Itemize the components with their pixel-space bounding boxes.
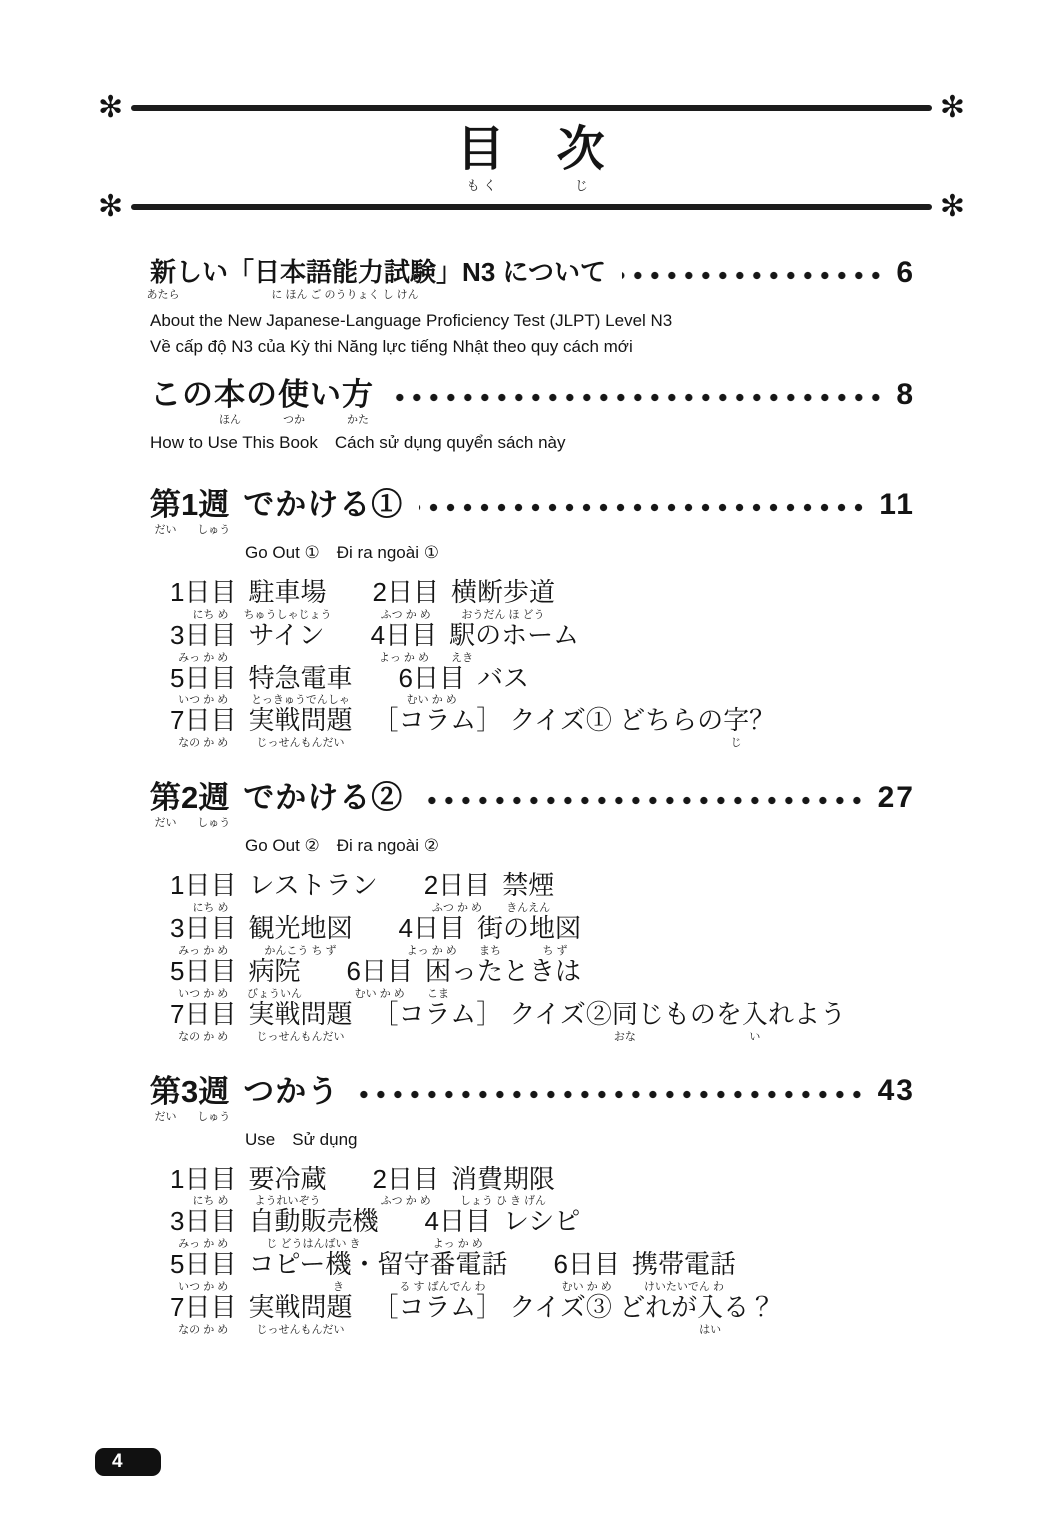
base-text: 7日目 — [170, 999, 236, 1029]
entry-page-number: 27 — [878, 780, 915, 816]
week-title: でかける① — [243, 486, 403, 523]
text-segment: 携帯電話けいたいでん わ — [632, 1250, 736, 1280]
text-segment: 5日目いつ か め — [170, 957, 236, 987]
base-text: 週 — [198, 487, 229, 522]
day-item: 3日目みっ か め観光地図かんこう ち ず — [170, 914, 352, 944]
day-title: 実戦問題じっせんもんだい — [248, 1293, 352, 1323]
furigana: じ — [731, 738, 742, 749]
horizontal-rule — [131, 105, 932, 111]
text-segment: 6日目むい か め — [553, 1250, 619, 1280]
furigana: じっせんもんだい — [256, 1032, 344, 1043]
day-label: 4日目よっ か め — [424, 1207, 490, 1237]
text-segment: この — [150, 376, 214, 413]
day-item: 1日目にち めレストラン — [170, 871, 378, 901]
text-segment: 駐車場ちゅうしゃじょう — [248, 578, 326, 608]
base-text: 6日目 — [346, 956, 412, 986]
day-label: 1日目にち め — [170, 871, 236, 901]
text-segment: 自動販売機じ どうはんばい き — [248, 1207, 378, 1237]
day-item: 6日目むい か め困こまったときは — [346, 957, 581, 987]
text-segment: 6日目むい か め — [346, 957, 412, 987]
asterisk-ornament-icon: ✻ — [940, 192, 965, 222]
text-segment: 観光地図かんこう ち ず — [248, 914, 352, 944]
asterisk-ornament-icon: ✻ — [98, 93, 123, 123]
text-segment: ったときは — [451, 957, 581, 987]
text-segment: 留守番電話る す ばんでん わ — [377, 1250, 507, 1280]
base-text: 2日目 — [373, 577, 439, 607]
base-text: 使 — [278, 377, 310, 412]
day-item: 6日目むい か め携帯電話けいたいでん わ — [553, 1250, 735, 1280]
base-text: 5日目 — [170, 1249, 236, 1279]
text-segment: 2 — [181, 779, 198, 816]
day-label: 4日目よっ か め — [398, 914, 464, 944]
base-text: 駅 — [449, 620, 475, 650]
day-item: 3日目みっ か め自動販売機じ どうはんばい き — [170, 1207, 378, 1237]
day-title: レシピ — [503, 1207, 580, 1237]
text-segment: しい「 — [176, 257, 254, 288]
text-segment: じものを — [638, 1000, 742, 1030]
furigana: ほん — [219, 415, 241, 426]
day-label: 4日目よっ か め — [371, 621, 437, 651]
text-segment: 7日目なの か め — [170, 706, 236, 736]
base-text: 消費期限 — [451, 1164, 555, 1194]
text-segment: 3日目みっ か め — [170, 621, 236, 651]
page-title-row: 目も く 次じ — [98, 124, 965, 191]
text-segment: 4日目よっ か め — [371, 621, 437, 651]
furigana: だい — [155, 818, 177, 829]
day-title: 禁煙きんえん — [502, 871, 554, 901]
day-item: 2日目ふつ か め横断歩道おうだん ほ どう — [373, 578, 555, 608]
day-item: 7日目なの か め実戦問題じっせんもんだい — [170, 1293, 352, 1323]
base-text: ・ — [351, 1249, 377, 1279]
day-label: 7日目なの か め — [170, 1293, 236, 1323]
day-row: 3日目みっ か めサイン4日目よっ か め駅えきのホーム — [170, 621, 915, 664]
week-label: 第だい2週しゅう — [150, 779, 229, 816]
base-text: 日目 — [184, 577, 236, 607]
toc-week-entry: 第だい1週しゅうでかける①11Go Out ① Đi ra ngoài ①1日目… — [150, 486, 915, 749]
furigana: に ほん ご のうりょく し けん — [271, 290, 418, 301]
base-text: 自動販売機 — [248, 1206, 378, 1236]
dot-leader — [355, 1090, 865, 1099]
furigana: しゅう — [197, 525, 230, 536]
text-segment: 駅えき — [449, 621, 475, 651]
day-title: 困こまったときは — [425, 957, 581, 987]
text-segment: 要冷蔵ようれいぞう — [248, 1165, 326, 1195]
base-text: 禁煙 — [502, 870, 554, 900]
base-text: ［コラム］ クイズ① どちらの — [372, 705, 723, 735]
text-segment: でかける① — [243, 486, 403, 523]
furigana: しゅう — [197, 818, 230, 829]
furigana: かた — [347, 415, 369, 426]
day-label: 6日目むい か め — [553, 1250, 619, 1280]
base-text: 1 — [170, 1164, 184, 1194]
toc-entries: 新あたらしい「日本語能力試験に ほん ご のうりょく し けん」N3 について6… — [0, 223, 1063, 1336]
day-item: 5日目いつ か めコピー機き・留守番電話る す ばんでん わ — [170, 1250, 507, 1280]
day-title: 携帯電話けいたいでん わ — [632, 1250, 736, 1280]
dot-leader — [390, 393, 884, 402]
day-label: 6日目むい か め — [346, 957, 412, 987]
text-segment: 第だい — [150, 779, 181, 816]
day-item: ［コラム］ クイズ③ どれが入はいる？ — [372, 1293, 775, 1323]
furigana: だい — [155, 1112, 177, 1123]
entry-subtitle: How to Use This Book Cách sử dụng quyển … — [150, 431, 915, 456]
text-segment: コピー — [248, 1250, 325, 1280]
day-label: 6日目むい か め — [398, 664, 464, 694]
base-text: 字 — [723, 705, 749, 735]
text-segment: い — [310, 376, 342, 413]
text-segment: 禁煙きんえん — [502, 871, 554, 901]
day-title: 実戦問題じっせんもんだい — [248, 1000, 352, 1030]
base-text: 留守番電話 — [377, 1249, 507, 1279]
text-segment: の — [503, 914, 529, 944]
day-item: 7日目なの か め実戦問題じっせんもんだい — [170, 706, 352, 736]
day-row: 7日目なの か め実戦問題じっせんもんだい［コラム］ クイズ③ どれが入はいる？ — [170, 1293, 915, 1336]
text-segment: 字じ — [723, 706, 749, 736]
base-text: 困 — [425, 956, 451, 986]
week-title-line: 第だい1週しゅうでかける①11 — [150, 486, 915, 539]
text-segment: 4日目よっ か め — [424, 1207, 490, 1237]
text-segment: 3 — [181, 1073, 198, 1110]
base-text: 横断歩道 — [451, 577, 555, 607]
dot-leader — [419, 796, 865, 805]
day-item: 7日目なの か め実戦問題じっせんもんだい — [170, 1000, 352, 1030]
week-subtitle: Go Out ① Đi ra ngoài ① — [245, 541, 915, 566]
day-title: 駅えきのホーム — [449, 621, 579, 651]
day-title: 消費期限しょう ひ き げん — [451, 1165, 555, 1195]
day-row: 7日目なの か め実戦問題じっせんもんだい［コラム］ クイズ② 同おなじものを入… — [170, 1000, 915, 1043]
toc-week-entry: 第だい3週しゅうつかう43Use Sử dụng1日目にち め要冷蔵ようれいぞう… — [150, 1073, 915, 1336]
text-segment: 方かた — [342, 376, 374, 413]
week-title: つかう — [243, 1073, 339, 1110]
text-segment: 横断歩道おうだん ほ どう — [451, 578, 555, 608]
entry-page-number: 6 — [896, 255, 915, 291]
day-label: 3日目みっ か め — [170, 914, 236, 944]
text-segment: 」N3 について — [436, 257, 606, 288]
day-row: 3日目みっ か め観光地図かんこう ち ず4日目よっ か め街まちの地図ち ず — [170, 914, 915, 957]
base-text: 方 — [342, 377, 374, 412]
day-title: ［コラム］ クイズ② 同おなじものを入いれよう — [372, 1000, 845, 1030]
base-text: レシピ — [503, 1206, 580, 1236]
ornament-rule-bottom: ✻ ✻ — [98, 191, 965, 223]
base-text: 4日目 — [398, 913, 464, 943]
text-segment: 1 — [170, 1165, 184, 1195]
base-text: れよう — [768, 999, 846, 1029]
day-item: 4日目よっ か めレシピ — [424, 1207, 580, 1237]
base-text: 第 — [150, 780, 181, 815]
base-text: ［コラム］ クイズ② — [372, 999, 611, 1029]
text-segment: 3日目みっ か め — [170, 1207, 236, 1237]
text-segment: 7日目なの か め — [170, 1293, 236, 1323]
day-item: 2日目ふつ か め禁煙きんえん — [424, 871, 554, 901]
day-title: 特急電車とっきゅうでんしゃ — [248, 664, 352, 694]
text-segment: 実戦問題じっせんもんだい — [248, 1000, 352, 1030]
text-segment: つかう — [243, 1073, 339, 1110]
text-segment: る？ — [723, 1293, 775, 1323]
text-segment: ［コラム］ クイズ① どちらの — [372, 706, 723, 736]
week-title-line: 第だい2週しゅうでかける②27 — [150, 779, 915, 832]
text-segment: バス — [477, 664, 529, 694]
furigana: だい — [155, 525, 177, 536]
day-title: 街まちの地図ち ず — [477, 914, 581, 944]
horizontal-rule — [131, 204, 932, 210]
week-label: 第だい3週しゅう — [150, 1073, 229, 1110]
base-text: じものを — [638, 999, 742, 1029]
text-segment: レストラン — [248, 871, 377, 901]
day-row: 1日目にち めレストラン2日目ふつ か め禁煙きんえん — [170, 871, 915, 914]
base-text: 」N3 について — [436, 257, 606, 287]
text-segment: 実戦問題じっせんもんだい — [248, 706, 352, 736]
furigana: はい — [699, 1325, 721, 1336]
furigana: なの か め — [178, 1325, 228, 1336]
dot-leader — [622, 271, 884, 280]
toc-entry-line: 新あたらしい「日本語能力試験に ほん ご のうりょく し けん」N3 について6 — [150, 255, 915, 307]
base-text: の — [246, 377, 278, 412]
furigana: い — [749, 1032, 760, 1043]
day-title: コピー機き・留守番電話る す ばんでん わ — [248, 1250, 507, 1280]
day-title: 実戦問題じっせんもんだい — [248, 706, 352, 736]
text-segment: 5日目いつ か め — [170, 1250, 236, 1280]
base-text: 街 — [477, 913, 503, 943]
base-text: 2 — [181, 780, 198, 815]
base-text: 新 — [150, 257, 176, 287]
text-segment: 使つか — [278, 376, 310, 413]
day-label: 5日目いつ か め — [170, 1250, 236, 1280]
base-text: 7日目 — [170, 1292, 236, 1322]
base-text: 地図 — [529, 913, 581, 943]
text-segment: 週しゅう — [198, 779, 229, 816]
base-text: 週 — [198, 1074, 229, 1109]
base-text: る？ — [723, 1292, 775, 1322]
day-list: 1日目にち め駐車場ちゅうしゃじょう2日目ふつ か め横断歩道おうだん ほ どう… — [150, 578, 915, 750]
base-text: 本 — [214, 377, 246, 412]
text-segment: 4日目よっ か め — [398, 914, 464, 944]
base-text: のホーム — [475, 620, 579, 650]
day-item: 4日目よっ か め駅えきのホーム — [371, 621, 580, 651]
base-text: 携帯電話 — [632, 1249, 736, 1279]
day-row: 3日目みっ か め自動販売機じ どうはんばい き4日目よっ か めレシピ — [170, 1207, 915, 1250]
base-text: 3日目 — [170, 913, 236, 943]
base-text: 4日目 — [371, 620, 437, 650]
furigana: じ — [575, 179, 588, 192]
base-text: 実戦問題 — [248, 1292, 352, 1322]
day-item: 2日目ふつ か め消費期限しょう ひ き げん — [373, 1165, 555, 1195]
text-segment: 週しゅう — [198, 1073, 229, 1110]
day-label: 2日目ふつ か め — [373, 578, 439, 608]
week-subtitle: Use Sử dụng — [245, 1128, 915, 1153]
text-segment: 特急電車とっきゅうでんしゃ — [248, 664, 352, 694]
text-segment: 2日目ふつ か め — [373, 578, 439, 608]
base-text: 目 — [456, 123, 506, 176]
text-segment: 週しゅう — [198, 486, 229, 523]
day-label: 5日目いつ か め — [170, 957, 236, 987]
entry-page-number: 11 — [879, 487, 915, 523]
text-segment: 日目にち め — [184, 871, 236, 901]
base-text: ［コラム］ クイズ③ どれが — [372, 1292, 697, 1322]
base-text: 観光地図 — [248, 913, 352, 943]
text-segment: 消費期限しょう ひ き げん — [451, 1165, 555, 1195]
text-segment: 日目にち め — [184, 578, 236, 608]
base-text: 2日目 — [424, 870, 490, 900]
base-text: 3 — [181, 1074, 198, 1109]
base-text: 6日目 — [553, 1249, 619, 1279]
text-segment: のホーム — [475, 621, 579, 651]
day-row: 7日目なの か め実戦問題じっせんもんだい［コラム］ クイズ① どちらの字じ？ — [170, 706, 915, 749]
base-text: 入 — [742, 999, 768, 1029]
day-title: 病院びょういん — [248, 957, 300, 987]
day-row: 5日目いつ か めコピー機き・留守番電話る す ばんでん わ6日目むい か め携… — [170, 1250, 915, 1293]
text-segment: 実戦問題じっせんもんだい — [248, 1293, 352, 1323]
text-segment: 2日目ふつ か め — [373, 1165, 439, 1195]
page-number-badge: 4 — [95, 1448, 161, 1476]
asterisk-ornament-icon: ✻ — [98, 192, 123, 222]
base-text: 病院 — [248, 956, 300, 986]
toc-entry-line: この本ほんの使つかい方かた8 — [150, 376, 915, 429]
furigana: なの か め — [178, 738, 228, 749]
day-title: 要冷蔵ようれいぞう — [248, 1165, 326, 1195]
text-segment: ・ — [351, 1250, 377, 1280]
text-segment: 6日目むい か め — [398, 664, 464, 694]
day-title: ［コラム］ クイズ③ どれが入はいる？ — [372, 1293, 775, 1323]
text-segment: 街まち — [477, 914, 503, 944]
day-item: 6日目むい か めバス — [398, 664, 528, 694]
text-segment: 日目にち め — [184, 1165, 236, 1195]
base-text: ？ — [749, 705, 775, 735]
day-title: 観光地図かんこう ち ず — [248, 914, 352, 944]
week-title: でかける② — [243, 779, 403, 816]
text-segment: 第だい — [150, 486, 181, 523]
entry-page-number: 8 — [896, 377, 915, 413]
text-segment: 病院びょういん — [248, 957, 300, 987]
asterisk-ornament-icon: ✻ — [940, 93, 965, 123]
text-segment: 3日目みっ か め — [170, 914, 236, 944]
text-segment: 困こま — [425, 957, 451, 987]
day-item: 5日目いつ か め病院びょういん — [170, 957, 300, 987]
base-text: ったときは — [451, 956, 581, 986]
base-text: 1 — [181, 487, 198, 522]
base-text: の — [503, 913, 529, 943]
week-subtitle: Go Out ② Đi ra ngoài ② — [245, 834, 915, 859]
base-text: バス — [477, 663, 529, 693]
text-segment: 新あたら — [150, 257, 176, 288]
text-segment: 地図ち ず — [529, 914, 581, 944]
furigana: おな — [614, 1032, 636, 1043]
base-text: 次 — [557, 123, 607, 176]
day-label: 1日目にち め — [170, 1165, 236, 1195]
day-list: 1日目にち めレストラン2日目ふつ か め禁煙きんえん3日目みっ か め観光地図… — [150, 871, 915, 1043]
furigana: じっせんもんだい — [256, 1325, 344, 1336]
base-text: 3日目 — [170, 620, 236, 650]
base-text: しい「 — [176, 257, 254, 287]
base-text: 要冷蔵 — [248, 1164, 326, 1194]
furigana: じっせんもんだい — [256, 738, 344, 749]
text-segment: 入はい — [697, 1293, 723, 1323]
base-text: レストラン — [248, 870, 377, 900]
day-label: 7日目なの か め — [170, 1000, 236, 1030]
furigana: つか — [283, 415, 305, 426]
base-text: 1 — [170, 870, 184, 900]
base-text: サイン — [248, 620, 324, 650]
day-title: サイン — [248, 621, 324, 651]
day-row: 5日目いつ か め病院びょういん6日目むい か め困こまったときは — [170, 957, 915, 1000]
text-segment: 第だい — [150, 1073, 181, 1110]
text-segment: 1 — [170, 871, 184, 901]
entry-page-number: 43 — [878, 1073, 915, 1109]
day-label: 3日目みっ か め — [170, 1207, 236, 1237]
base-text: 日目 — [184, 870, 236, 900]
base-text: 5日目 — [170, 956, 236, 986]
base-text: 実戦問題 — [248, 999, 352, 1029]
text-segment: 日本語能力試験に ほん ご のうりょく し けん — [254, 257, 436, 288]
base-text: 機 — [325, 1249, 351, 1279]
base-text: 日本語能力試験 — [254, 257, 436, 287]
toc-entry: 新あたらしい「日本語能力試験に ほん ご のうりょく し けん」N3 について6… — [150, 255, 915, 360]
base-text: 入 — [697, 1292, 723, 1322]
base-text: い — [310, 377, 342, 412]
day-row: 1日目にち め要冷蔵ようれいぞう2日目ふつ か め消費期限しょう ひ き げん — [170, 1165, 915, 1208]
furigana: しゅう — [197, 1112, 230, 1123]
base-text: 3日目 — [170, 1206, 236, 1236]
base-text: 実戦問題 — [248, 705, 352, 735]
day-title: バス — [477, 664, 529, 694]
base-text: 1 — [170, 577, 184, 607]
base-text: コピー — [248, 1249, 325, 1279]
text-segment: 1 — [170, 578, 184, 608]
toc-entry: この本ほんの使つかい方かた8How to Use This Book Cách … — [150, 376, 915, 456]
base-text: 週 — [198, 780, 229, 815]
week-label: 第だい1週しゅう — [150, 486, 229, 523]
text-segment: の — [246, 376, 278, 413]
text-segment: ［コラム］ クイズ② — [372, 1000, 611, 1030]
week-title-line: 第だい3週しゅうつかう43 — [150, 1073, 915, 1126]
base-text: 6日目 — [398, 663, 464, 693]
base-text: でかける② — [243, 780, 403, 815]
page-title: 目も く 次じ — [456, 124, 606, 191]
page-title-segment: 次じ — [557, 124, 607, 177]
text-segment: 機き — [325, 1250, 351, 1280]
dot-leader — [419, 503, 867, 512]
text-segment: 本ほん — [214, 376, 246, 413]
day-title: レストラン — [248, 871, 377, 901]
day-label: 2日目ふつ か め — [424, 871, 490, 901]
furigana: も く — [467, 179, 497, 192]
day-label: 2日目ふつ か め — [373, 1165, 439, 1195]
entry-subtitle: About the New Japanese-Language Proficie… — [150, 309, 915, 334]
day-title: 自動販売機じ どうはんばい き — [248, 1207, 378, 1237]
base-text: 駐車場 — [248, 577, 326, 607]
page-number: 4 — [112, 1451, 123, 1472]
base-text: でかける① — [243, 487, 403, 522]
day-label: 3日目みっ か め — [170, 621, 236, 651]
day-label: 5日目いつ か め — [170, 664, 236, 694]
day-item: ［コラム］ クイズ② 同おなじものを入いれよう — [372, 1000, 845, 1030]
text-segment: ？ — [749, 706, 775, 736]
day-title: 駐車場ちゅうしゃじょう — [248, 578, 326, 608]
day-title: 横断歩道おうだん ほ どう — [451, 578, 555, 608]
text-segment: れよう — [768, 1000, 846, 1030]
day-list: 1日目にち め要冷蔵ようれいぞう2日目ふつ か め消費期限しょう ひ き げん3… — [150, 1165, 915, 1337]
base-text: 5日目 — [170, 663, 236, 693]
day-row: 1日目にち め駐車場ちゅうしゃじょう2日目ふつ か め横断歩道おうだん ほ どう — [170, 578, 915, 621]
book-page: ✻ ✻ 目も く 次じ ✻ ✻ 新あたらしい「日本語能力試験に ほん ご のうり… — [0, 0, 1063, 1536]
text-segment: 1 — [181, 486, 198, 523]
day-item: 1日目にち め駐車場ちゅうしゃじょう — [170, 578, 327, 608]
furigana: あたら — [147, 290, 180, 301]
base-text: 日目 — [184, 1164, 236, 1194]
base-text: 特急電車 — [248, 663, 352, 693]
base-text: 4日目 — [424, 1206, 490, 1236]
entry-subtitle: Về cấp độ N3 của Kỳ thi Năng lực tiếng N… — [150, 335, 915, 360]
day-item: 4日目よっ か め街まちの地図ち ず — [398, 914, 581, 944]
text-segment: 7日目なの か め — [170, 1000, 236, 1030]
